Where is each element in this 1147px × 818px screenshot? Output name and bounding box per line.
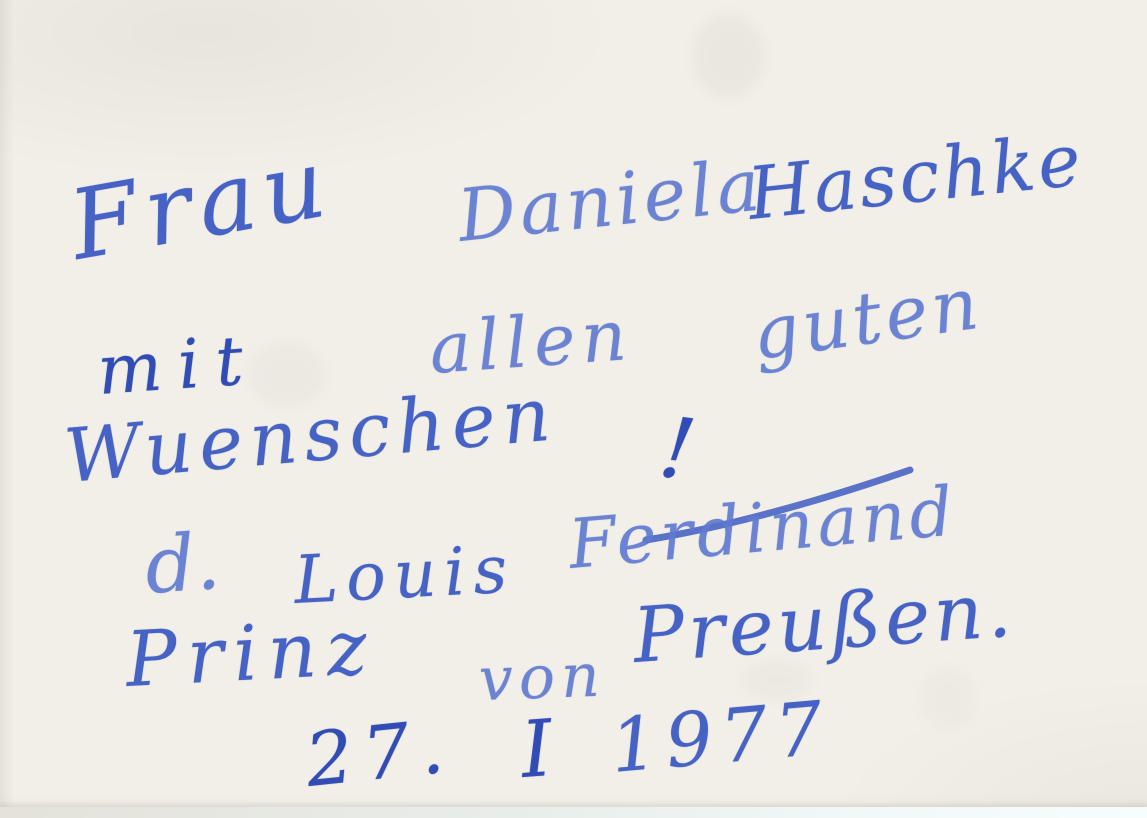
handwritten-word: guten [748,267,986,370]
handwritten-word: d. [143,523,223,606]
handwritten-word: 27. [302,709,457,798]
handwritten-word: allen [427,300,634,384]
handwritten-word: I [519,710,555,790]
paper-smudge [918,668,978,728]
handwritten-word: Frau [63,134,339,274]
card-bottom-edge [0,807,1147,818]
handwritten-word: Louis [293,537,517,614]
handwritten-word: mit [95,327,261,406]
handwritten-word: Preußen. [631,572,1018,674]
handwritten-word: 1977 [608,691,834,784]
handwritten-word: Daniela [454,148,766,252]
handwritten-word: Prinz [124,609,378,698]
autograph-card: Frau Daniela Haschke mit allen guten Wue… [0,0,1147,818]
handwritten-word: von [478,646,607,710]
paper-smudge [693,14,765,98]
handwritten-word: Ferdinand [566,478,960,580]
handwritten-word: Haschke [744,123,1086,230]
